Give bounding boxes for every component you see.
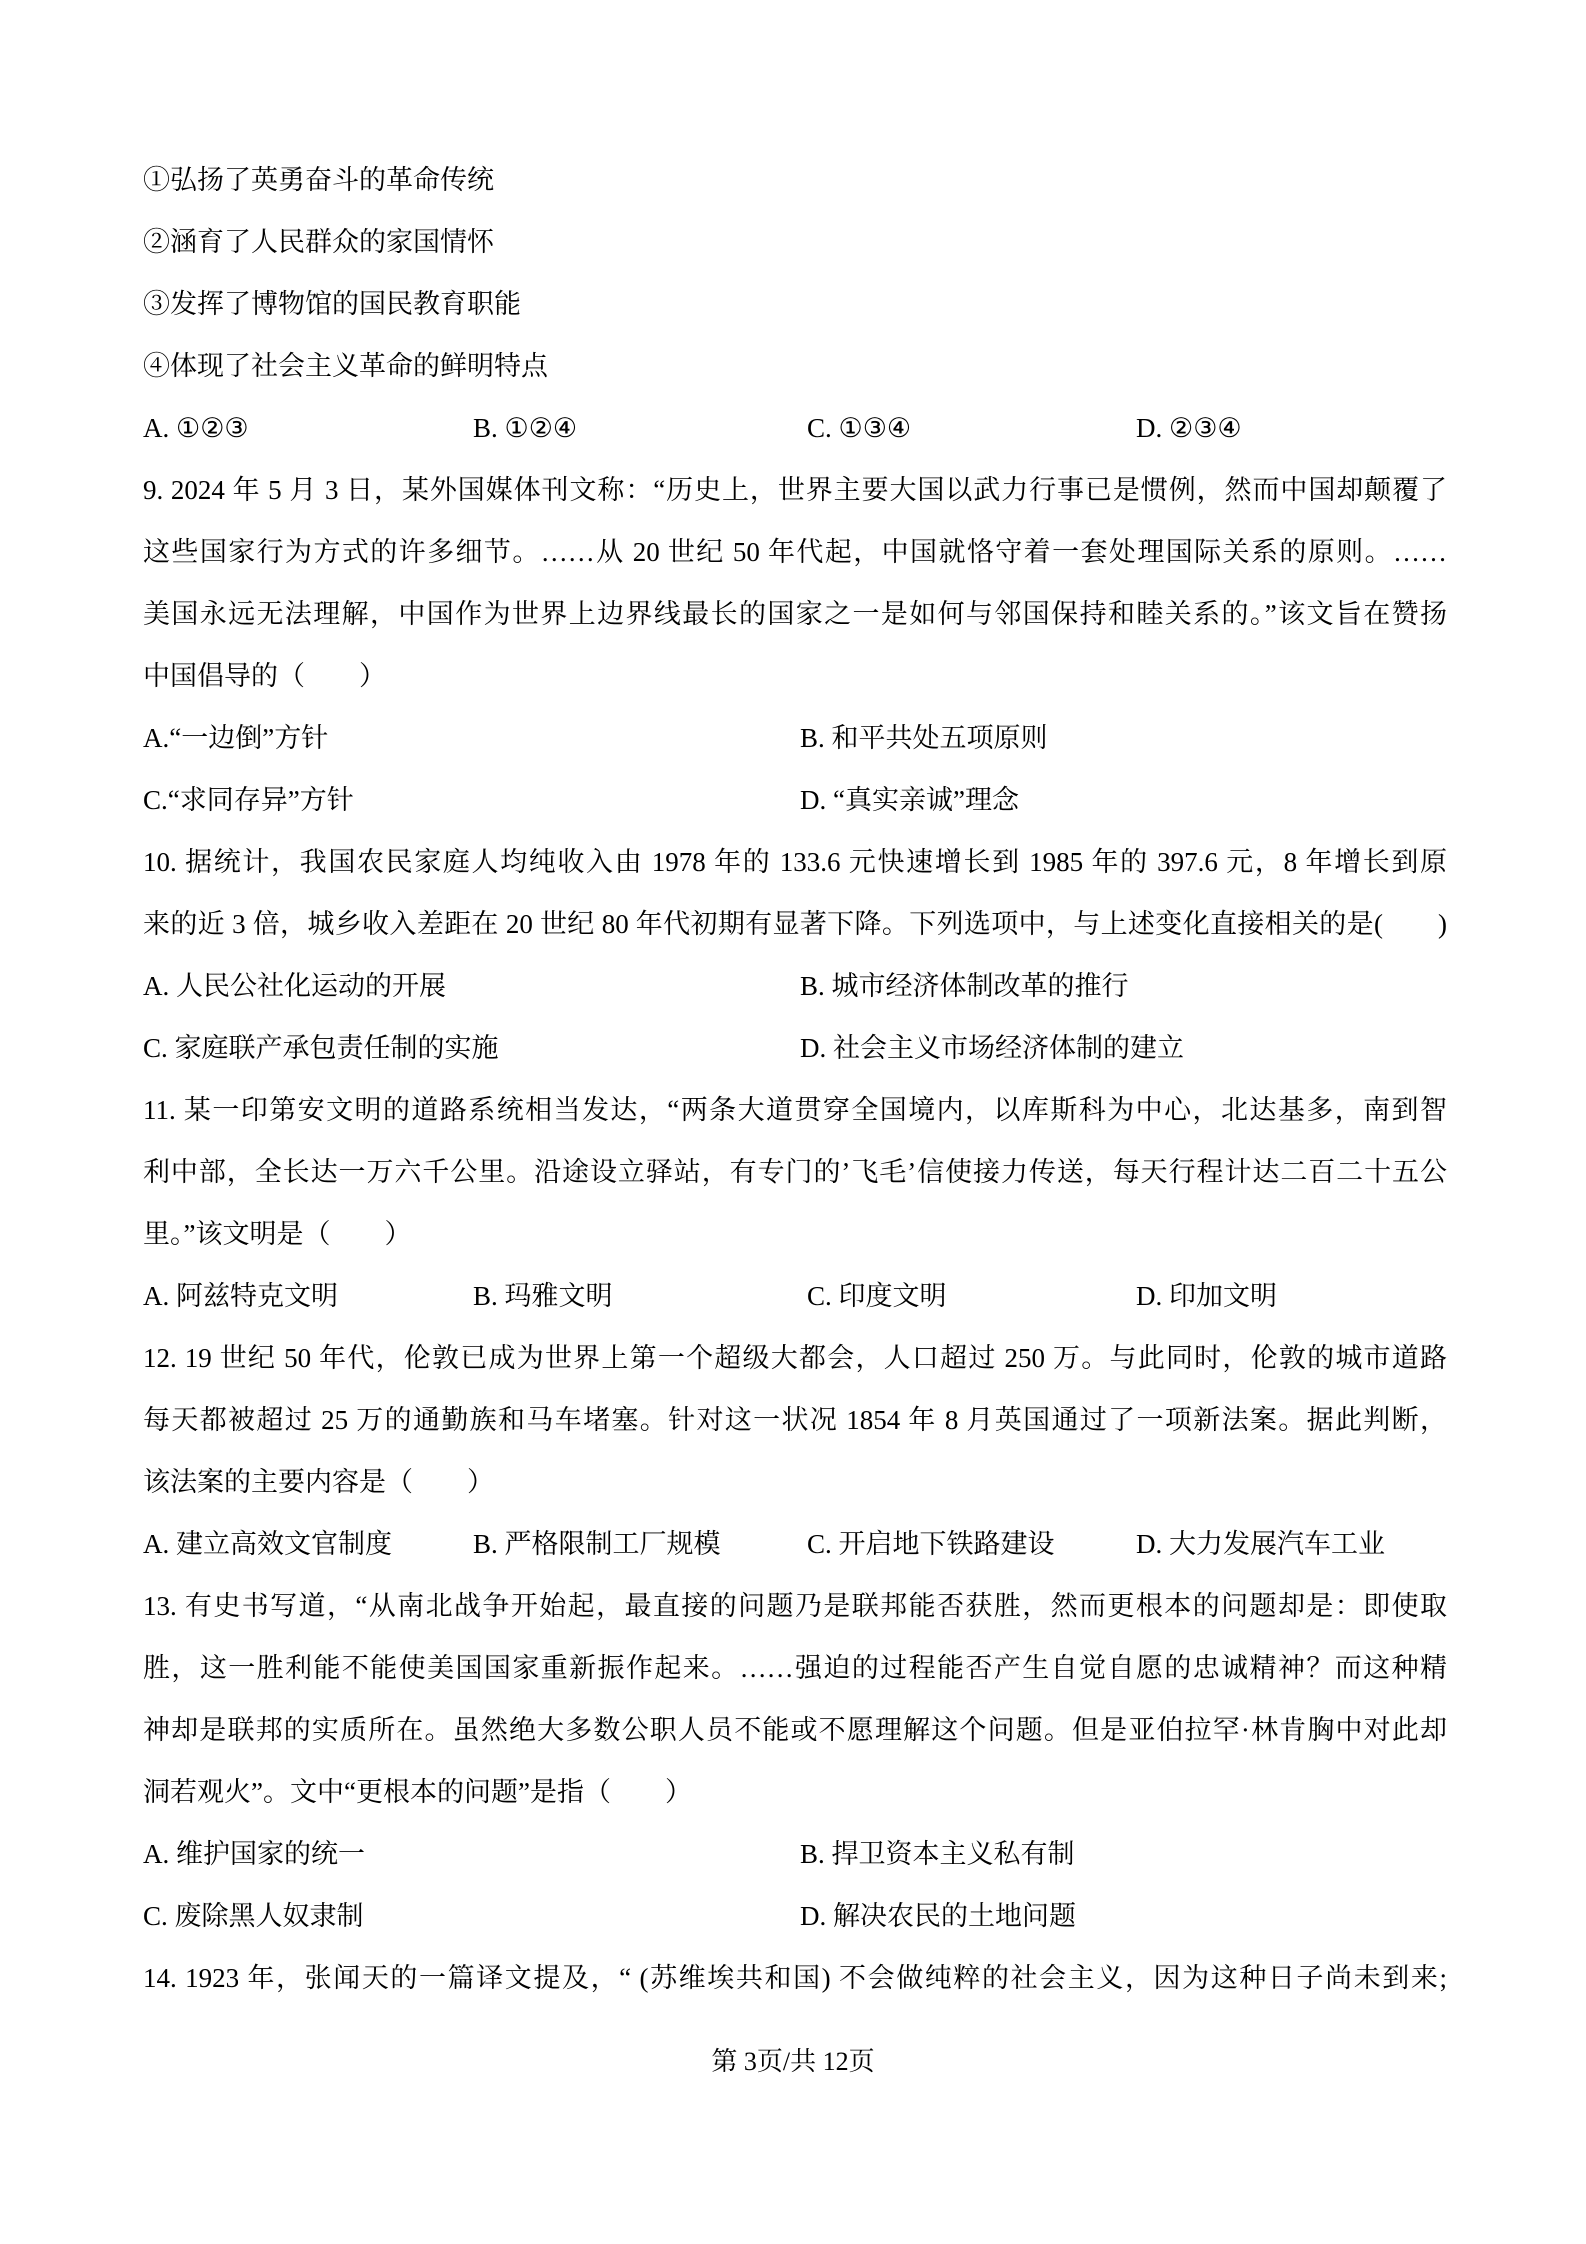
- question-14-line-1: 14. 1923 年，张闻天的一篇译文提及，“ (苏维埃共和国) 不会做纯粹的社…: [143, 1947, 1447, 2009]
- option-b: B. 严格限制工厂规模: [473, 1513, 721, 1575]
- option-a: A. 阿兹特克文明: [143, 1265, 338, 1327]
- question-9-line-4: 中国倡导的（ ）: [143, 645, 1447, 707]
- option-b: B. 和平共处五项原则: [800, 707, 1048, 769]
- page-footer: 第 3页/共 12页: [0, 2036, 1586, 2088]
- question-12-line-1: 12. 19 世纪 50 年代，伦敦已成为世界上第一个超级大都会，人口超过 25…: [143, 1327, 1447, 1389]
- exam-body: ①弘扬了英勇奋斗的革命传统 ②涵育了人民群众的家国情怀 ③发挥了博物馆的国民教育…: [143, 149, 1447, 2009]
- question-10-options-row-1: A. 人民公社化运动的开展 B. 城市经济体制改革的推行: [143, 955, 1447, 1017]
- question-12-line-3: 该法案的主要内容是（ ）: [143, 1451, 1447, 1513]
- option-a: A. 建立高效文官制度: [143, 1513, 392, 1575]
- question-9-options-row-1: A.“一边倒”方针 B. 和平共处五项原则: [143, 707, 1447, 769]
- option-a: A. 维护国家的统一: [143, 1823, 365, 1885]
- option-c: C. 印度文明: [807, 1265, 947, 1327]
- question-11-line-3: 里。”该文明是（ ）: [143, 1203, 1447, 1265]
- stem-item-1: ①弘扬了英勇奋斗的革命传统: [143, 149, 1447, 211]
- question-12-options-row: A. 建立高效文官制度 B. 严格限制工厂规模 C. 开启地下铁路建设 D. 大…: [143, 1513, 1447, 1575]
- option-d: D. ②③④: [1136, 397, 1242, 459]
- question-13-options-row-2: C. 废除黑人奴隶制 D. 解决农民的土地问题: [143, 1885, 1447, 1947]
- option-d: D. 社会主义市场经济体制的建立: [800, 1017, 1184, 1079]
- option-b: B. ①②④: [473, 397, 577, 459]
- option-a: A. 人民公社化运动的开展: [143, 955, 446, 1017]
- question-11-line-1: 11. 某一印第安文明的道路系统相当发达，“两条大道贯穿全国境内，以库斯科为中心…: [143, 1079, 1447, 1141]
- option-c: C. 开启地下铁路建设: [807, 1513, 1055, 1575]
- question-12-line-2: 每天都被超过 25 万的通勤族和马车堵塞。针对这一状况 1854 年 8 月英国…: [143, 1389, 1447, 1451]
- question-13-line-3: 神却是联邦的实质所在。虽然绝大多数公职人员不能或不愿理解这个问题。但是亚伯拉罕·…: [143, 1699, 1447, 1761]
- question-11-options-row: A. 阿兹特克文明 B. 玛雅文明 C. 印度文明 D. 印加文明: [143, 1265, 1447, 1327]
- option-b: B. 捍卫资本主义私有制: [800, 1823, 1075, 1885]
- option-c: C.“求同存异”方针: [143, 769, 354, 831]
- question-10-line-1: 10. 据统计，我国农民家庭人均纯收入由 1978 年的 133.6 元快速增长…: [143, 831, 1447, 893]
- question-13-line-2: 胜，这一胜利能不能使美国国家重新振作起来。……强迫的过程能否产生自觉自愿的忠诚精…: [143, 1637, 1447, 1699]
- option-c: C. ①③④: [807, 397, 911, 459]
- option-c: C. 废除黑人奴隶制: [143, 1885, 364, 1947]
- question-9-line-2: 这些国家行为方式的许多细节。……从 20 世纪 50 年代起，中国就恪守着一套处…: [143, 521, 1447, 583]
- question-13-line-4: 洞若观火”。文中“更根本的问题”是指（ ）: [143, 1761, 1447, 1823]
- option-b: B. 城市经济体制改革的推行: [800, 955, 1129, 1017]
- option-a: A. ①②③: [143, 397, 249, 459]
- question-9-line-3: 美国永远无法理解，中国作为世界上边界线最长的国家之一是如何与邻国保持和睦关系的。…: [143, 583, 1447, 645]
- question-9-options-row-2: C.“求同存异”方针 D. “真实亲诚”理念: [143, 769, 1447, 831]
- stem-item-4: ④体现了社会主义革命的鲜明特点: [143, 335, 1447, 397]
- stem-item-2: ②涵育了人民群众的家国情怀: [143, 211, 1447, 273]
- option-b: B. 玛雅文明: [473, 1265, 613, 1327]
- option-d: D. 印加文明: [1136, 1265, 1277, 1327]
- question-9-line-1: 9. 2024 年 5 月 3 日，某外国媒体刊文称：“历史上，世界主要大国以武…: [143, 459, 1447, 521]
- question-8-options-row: A. ①②③ B. ①②④ C. ①③④ D. ②③④: [143, 397, 1447, 459]
- question-13-line-1: 13. 有史书写道，“从南北战争开始起，最直接的问题乃是联邦能否获胜，然而更根本…: [143, 1575, 1447, 1637]
- option-d: D. 解决农民的土地问题: [800, 1885, 1076, 1947]
- option-d: D. “真实亲诚”理念: [800, 769, 1019, 831]
- exam-page: ①弘扬了英勇奋斗的革命传统 ②涵育了人民群众的家国情怀 ③发挥了博物馆的国民教育…: [0, 0, 1586, 2244]
- option-d: D. 大力发展汽车工业: [1136, 1513, 1385, 1575]
- question-10-line-2: 来的近 3 倍，城乡收入差距在 20 世纪 80 年代初期有显著下降。下列选项中…: [143, 893, 1447, 955]
- question-11-line-2: 利中部，全长达一万六千公里。沿途设立驿站，有专门的’飞毛’信使接力传送，每天行程…: [143, 1141, 1447, 1203]
- option-a: A.“一边倒”方针: [143, 707, 328, 769]
- option-c: C. 家庭联产承包责任制的实施: [143, 1017, 499, 1079]
- question-10-options-row-2: C. 家庭联产承包责任制的实施 D. 社会主义市场经济体制的建立: [143, 1017, 1447, 1079]
- question-13-options-row-1: A. 维护国家的统一 B. 捍卫资本主义私有制: [143, 1823, 1447, 1885]
- stem-item-3: ③发挥了博物馆的国民教育职能: [143, 273, 1447, 335]
